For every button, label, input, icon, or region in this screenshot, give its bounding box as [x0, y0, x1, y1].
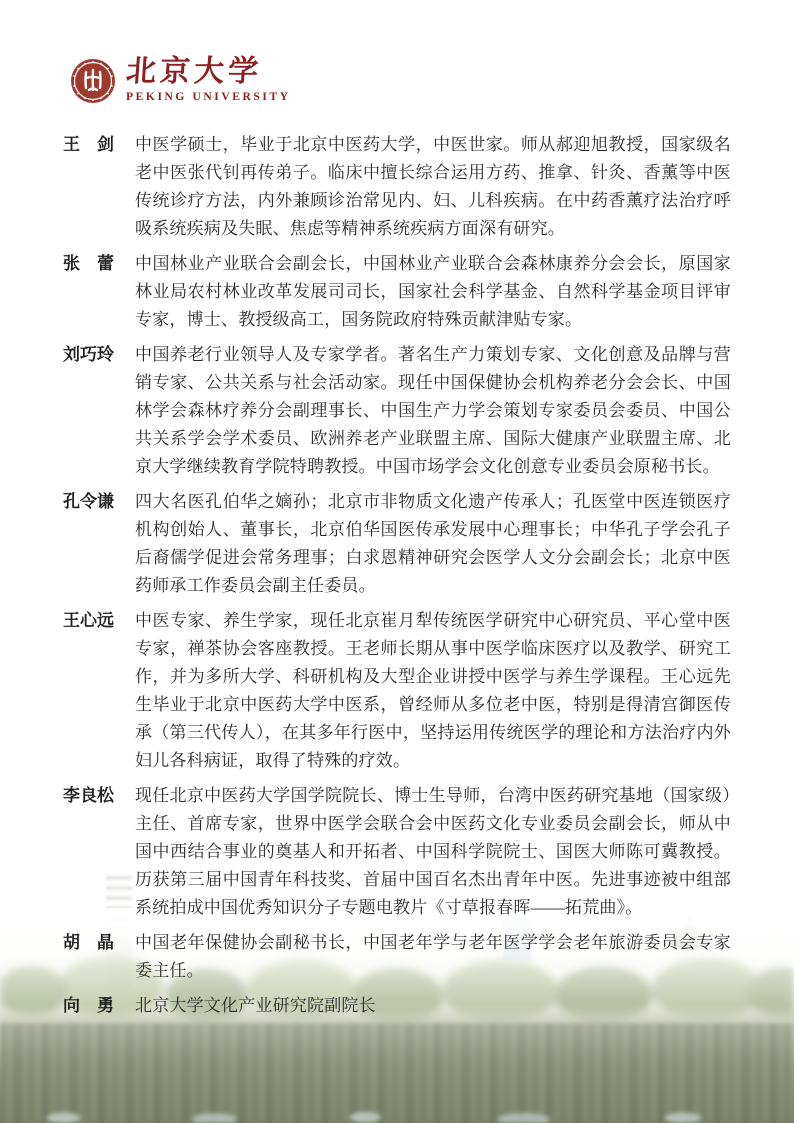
- bio-name: 胡 晶: [63, 929, 135, 985]
- university-name-en: PEKING UNIVERSITY: [126, 91, 291, 103]
- bio-text: 现任北京中医药大学国学院院长、博士生导师，台湾中医药研究基地（国家级）主任、首席…: [135, 782, 731, 922]
- bio-name: 刘巧玲: [63, 341, 135, 481]
- bio-name: 向 勇: [63, 992, 135, 1020]
- bio-name: 王心远: [63, 607, 135, 775]
- bio-entry-zhang-lei: 张 蕾 中国林业产业联合会副会长，中国林业产业联合会森林康养分会会长，原国家林业…: [63, 250, 731, 334]
- bio-text: 四大名医孔伯华之嫡孙；北京市非物质文化遗产传承人；孔医堂中医连锁医疗机构创始人、…: [135, 488, 731, 600]
- bio-entry-hu-jing: 胡 晶 中国老年保健协会副秘书长，中国老年学与老年医学学会老年旅游委员会专家委主…: [63, 929, 731, 985]
- bio-entry-wang-xinyuan: 王心远 中医专家、养生学家，现任北京崔月犁传统医学研究中心研究员、平心堂中医专家…: [63, 607, 731, 775]
- university-name-cn: 北京大学: [125, 56, 292, 88]
- bio-name: 李良松: [63, 782, 135, 922]
- bio-entry-liu-qiaoling: 刘巧玲 中国养老行业领导人及专家学者。著名生产力策划专家、文化创意及品牌与营销专…: [63, 341, 731, 481]
- bio-name: 孔令谦: [63, 488, 135, 600]
- peking-university-seal-icon: [70, 58, 116, 104]
- university-logo: 北京大学 PEKING UNIVERSITY: [70, 56, 291, 104]
- bio-text: 中医学硕士，毕业于北京中医药大学，中医世家。师从郝迎旭教授，国家级名老中医张代钊…: [135, 131, 731, 243]
- bio-text: 北京大学文化产业研究院副院长: [135, 992, 731, 1020]
- bio-entry-kong-lingqian: 孔令谦 四大名医孔伯华之嫡孙；北京市非物质文化遗产传承人；孔医堂中医连锁医疗机构…: [63, 488, 731, 600]
- bio-text: 中国老年保健协会副秘书长，中国老年学与老年医学学会老年旅游委员会专家委主任。: [135, 929, 731, 985]
- document-page: 北京大学 PEKING UNIVERSITY 王 剑 中医学硕士，毕业于北京中医…: [0, 0, 794, 1123]
- logo-wordmark: 北京大学 PEKING UNIVERSITY: [126, 56, 291, 103]
- bio-list: 王 剑 中医学硕士，毕业于北京中医药大学，中医世家。师从郝迎旭教授，国家级名老中…: [63, 131, 731, 1027]
- bio-text: 中医专家、养生学家，现任北京崔月犁传统医学研究中心研究员、平心堂中医专家，禅茶协…: [135, 607, 731, 775]
- bio-entry-wang-jian: 王 剑 中医学硕士，毕业于北京中医药大学，中医世家。师从郝迎旭教授，国家级名老中…: [63, 131, 731, 243]
- bio-entry-xiang-yong: 向 勇 北京大学文化产业研究院副院长: [63, 992, 731, 1020]
- bio-name: 王 剑: [63, 131, 135, 243]
- bio-text: 中国林业产业联合会副会长，中国林业产业联合会森林康养分会会长，原国家林业局农村林…: [135, 250, 731, 334]
- bio-text: 中国养老行业领导人及专家学者。著名生产力策划专家、文化创意及品牌与营销专家、公共…: [135, 341, 731, 481]
- bio-entry-li-liangsong: 李良松 现任北京中医药大学国学院院长、博士生导师，台湾中医药研究基地（国家级）主…: [63, 782, 731, 922]
- bio-name: 张 蕾: [63, 250, 135, 334]
